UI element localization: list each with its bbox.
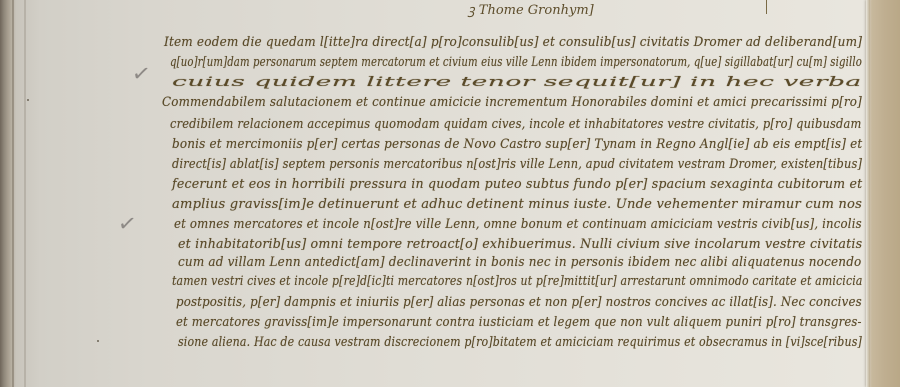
manuscript-photo: ꝫ Thome Gronhym] ✓ ✓ Item eodem die qued… (0, 0, 900, 387)
manuscript-line-12: cum ad villam Lenn antedict[am] declinav… (178, 256, 861, 269)
manuscript-line-6: bonis et mercimoniis p[er] certas person… (172, 138, 862, 151)
manuscript-line-14: postpositis, p[er] dampnis et iniuriis p… (176, 296, 862, 309)
manuscript-line-9: amplius graviss[im]e detinuerunt et adhu… (172, 198, 862, 211)
margin-check-mark-icon: ✓ (130, 61, 152, 88)
page-right-edge (866, 0, 870, 387)
manuscript-line-4: Commendabilem salutacionem et continue a… (162, 96, 862, 109)
manuscript-line-8: fecerunt et eos in horribili pressura in… (172, 178, 862, 191)
manuscript-line-1: Item eodem die quedam l[itte]ra direct[a… (164, 36, 862, 49)
manuscript-line-2: q[uo]r[um]dam personarum septem mercator… (170, 56, 862, 69)
manuscript-line-7: direct[is] ablat[is] septem personis mer… (172, 158, 862, 171)
manuscript-line-11: et inhabitatorib[us] omni tempore retroa… (178, 238, 862, 251)
ink-speck (97, 340, 99, 342)
heading-fragment: ꝫ Thome Gronhym] (468, 0, 594, 18)
heading-rule (766, 0, 767, 14)
manuscript-line-15: et mercatores graviss[im]e impersonarunt… (176, 316, 862, 329)
manuscript-line-3: cuius quidem littere tenor sequit[ur] in… (172, 76, 862, 89)
heading-text: ꝫ Thome Gronhym] (468, 3, 594, 18)
manuscript-line-10: et omnes mercatores et incole n[ost]re v… (174, 218, 862, 231)
gutter-fold-line (24, 0, 26, 387)
manuscript-line-13: tamen vestri cives et incole p[re]d[ic]t… (172, 276, 863, 289)
manuscript-line-16: sione aliena. Hac de causa vestram discr… (178, 336, 862, 349)
manuscript-line-5: credibilem relacionem accepimus quomodam… (170, 118, 862, 131)
margin-check-mark-icon: ✓ (116, 211, 138, 238)
ink-speck (27, 99, 29, 101)
gutter-fold-line (12, 0, 14, 387)
